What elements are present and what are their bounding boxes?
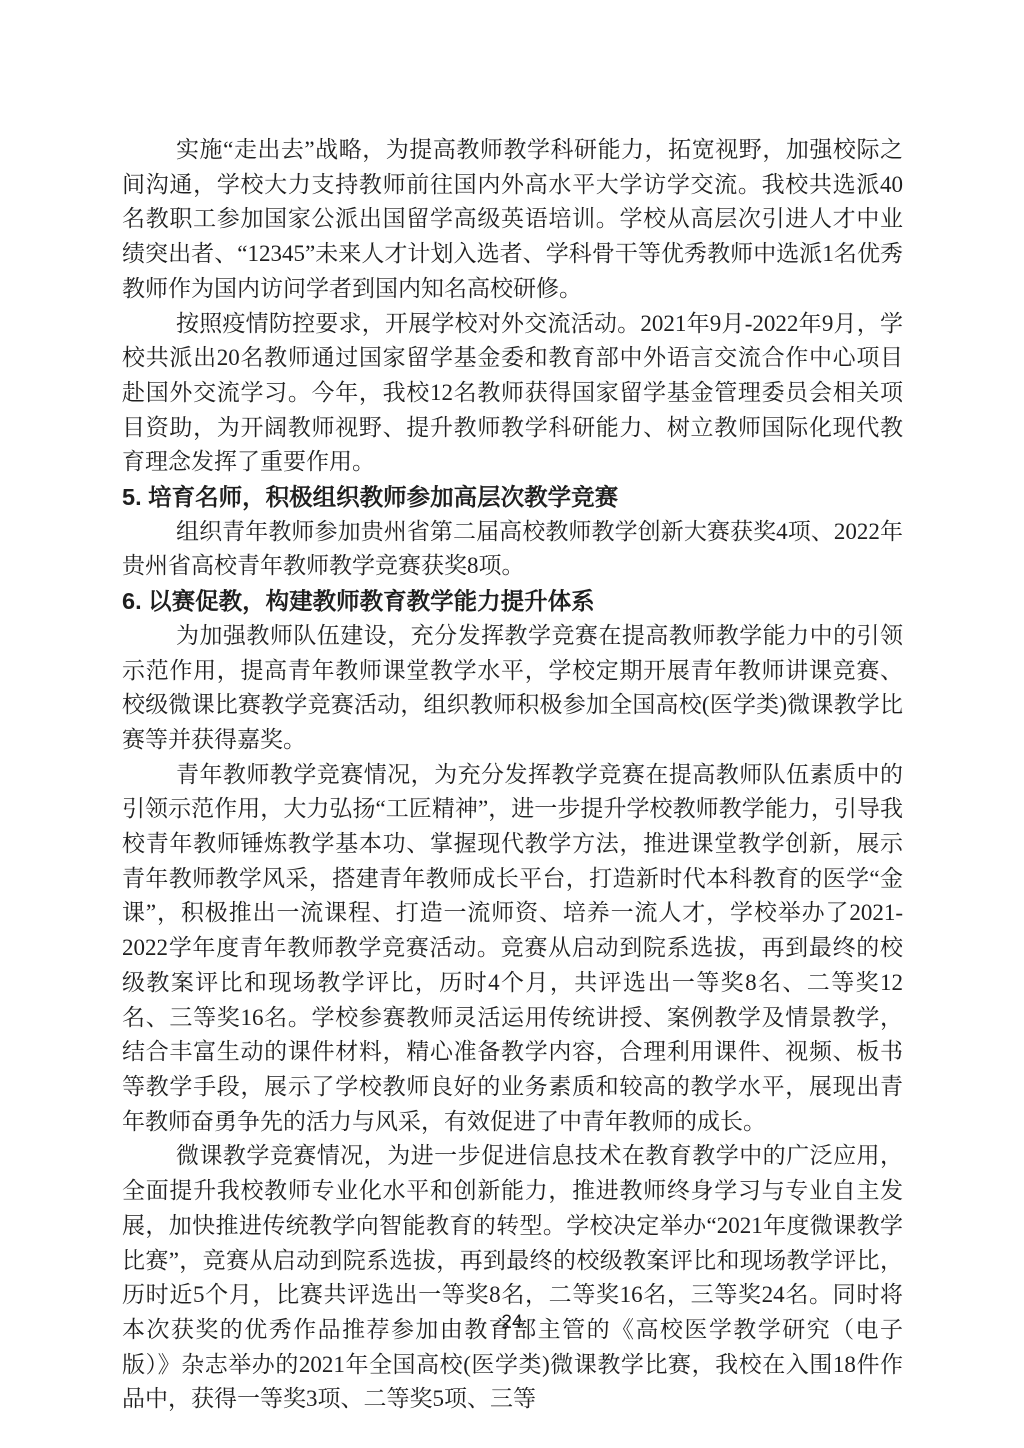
- paragraph-microlecture-competition: 微课教学竞赛情况，为进一步促进信息技术在教育教学中的广泛应用，全面提升我校教师专…: [122, 1139, 903, 1417]
- paragraph-overseas-strategy: 实施“走出去”战略，为提高教师教学科研能力，拓宽视野，加强校际之间沟通，学校大力…: [122, 133, 903, 307]
- section-heading-5: 5. 培育名师，积极组织教师参加高层次教学竞赛: [122, 480, 903, 515]
- document-page: 实施“走出去”战略，为提高教师教学科研能力，拓宽视野，加强校际之间沟通，学校大力…: [0, 0, 1024, 1448]
- paragraph-competition-system: 为加强教师队伍建设，充分发挥教学竞赛在提高教师教学能力中的引领示范作用，提高青年…: [122, 619, 903, 758]
- section-heading-6: 6. 以赛促教，构建教师教育教学能力提升体系: [122, 584, 903, 619]
- paragraph-pandemic-exchange: 按照疫情防控要求，开展学校对外交流活动。2021年9月-2022年9月，学校共派…: [122, 307, 903, 481]
- page-body-text: 实施“走出去”战略，为提高教师教学科研能力，拓宽视野，加强校际之间沟通，学校大力…: [122, 133, 903, 1417]
- paragraph-competition-awards: 组织青年教师参加贵州省第二届高校教师教学创新大赛获奖4项、2022年贵州省高校青…: [122, 515, 903, 584]
- paragraph-young-teacher-competition: 青年教师教学竞赛情况，为充分发挥教学竞赛在提高教师队伍素质中的引领示范作用，大力…: [122, 758, 903, 1140]
- page-number: 24: [0, 1312, 1024, 1334]
